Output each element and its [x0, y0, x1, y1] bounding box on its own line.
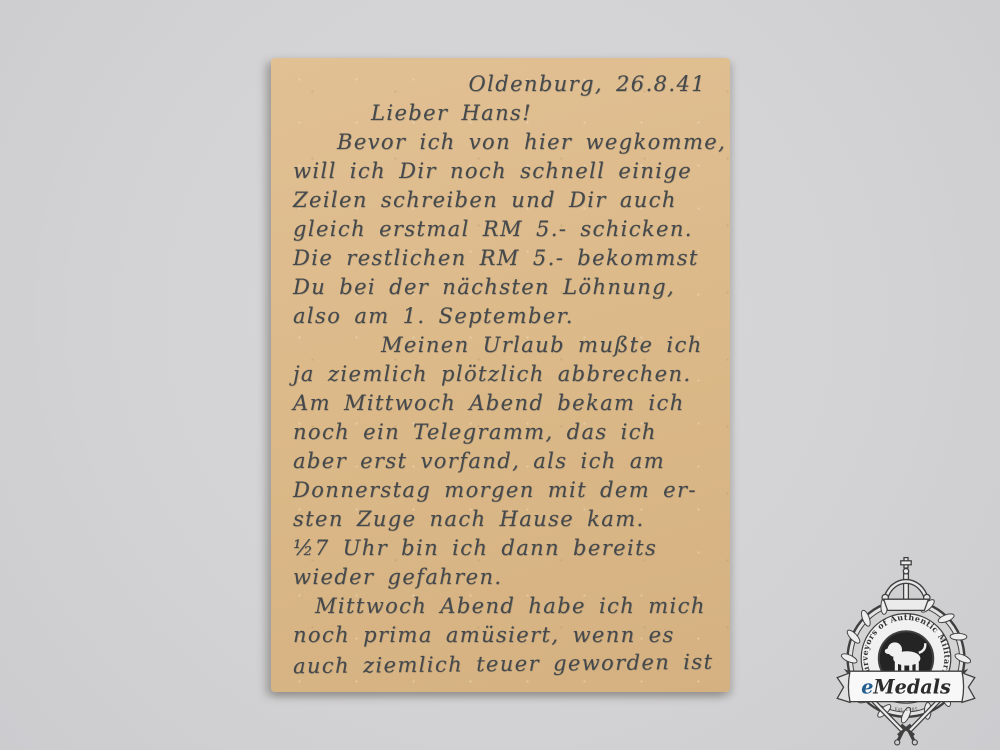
letter-line: Zeilen schreiben und Dir auch [293, 186, 712, 215]
letter-line: ½7 Uhr bin ich dann bereits [293, 534, 712, 563]
letter-line: Mittwoch Abend habe ich mich [293, 592, 712, 621]
letter-line: ja ziemlich plötzlich abbrechen. [293, 360, 712, 389]
letter-salutation: Lieber Hans! [293, 99, 712, 128]
letter-line: will ich Dir noch schnell einige [293, 157, 712, 186]
letter-line: also am 1. September. [293, 302, 712, 331]
crown-icon [882, 558, 930, 611]
brand-wordmark: eMedals [861, 676, 951, 699]
letter-line: Die restlichen RM 5.- bekommst [293, 244, 712, 273]
letter-line: Meinen Urlaub mußte ich [293, 331, 712, 360]
letter-line: Donnerstag morgen mit dem er- [293, 476, 712, 505]
letter-line: aber erst vorfand, als ich am [293, 447, 712, 476]
letter-paper: Oldenburg, 26.8.41 Lieber Hans! Bevor ic… [271, 58, 730, 692]
letter-line: noch ein Telegramm, das ich [293, 418, 712, 447]
letter-line: Bevor ich von hier wegkomme, [293, 128, 712, 157]
letter-line: gleich erstmal RM 5.- schicken. [293, 215, 712, 244]
letter-line: Du bei der nächsten Löhnung, [293, 273, 712, 302]
letter-line: noch prima amüsiert, wenn es [293, 621, 712, 650]
letter-line: wieder gefahren. [293, 563, 712, 592]
established-text: Est. 1985 [894, 707, 917, 713]
letter-line: Am Mittwoch Abend bekam ich [293, 389, 712, 418]
letter-line: auch ziemlich teuer geworden ist [293, 648, 712, 681]
letter-photograph: Oldenburg, 26.8.41 Lieber Hans! Bevor ic… [0, 0, 1000, 750]
emedals-logo-icon: Purveyors of Authentic Militaria [826, 556, 986, 748]
letter-line: sten Zuge nach Hause kam. [293, 505, 712, 534]
letter-dateline: Oldenburg, 26.8.41 [293, 70, 712, 99]
emedals-watermark-logo: Purveyors of Authentic Militaria [826, 556, 986, 748]
